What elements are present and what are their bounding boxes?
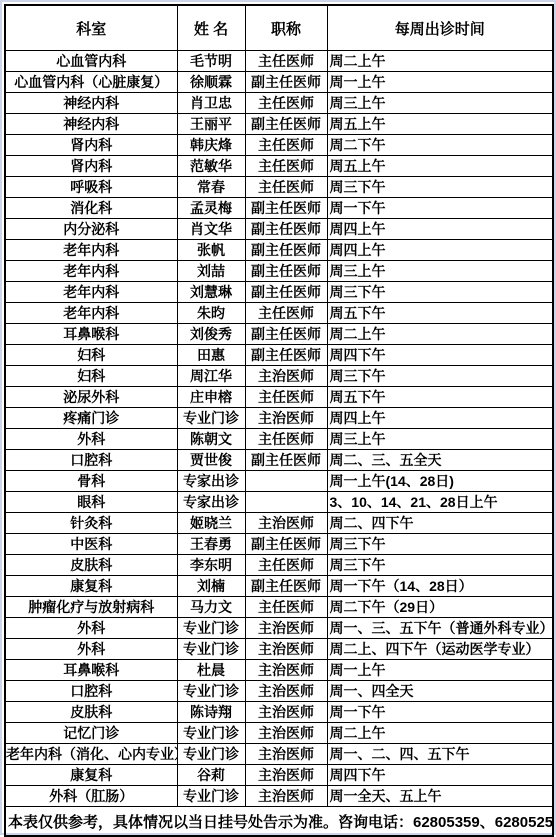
cell-title: 副主任医师: [245, 261, 327, 282]
cell-title: 主任医师: [245, 597, 327, 618]
cell-time: 周四上午: [327, 240, 553, 261]
cell-dept: 神经内科: [5, 114, 177, 135]
table-row: 老年内科刘喆副主任医师周三上午: [5, 261, 553, 282]
cell-title: 副主任医师: [245, 534, 327, 555]
cell-name: 陈诗翔: [177, 702, 245, 723]
table-row: 神经内科肖卫忠主任医师周三上午: [5, 93, 553, 114]
cell-title: 主治医师: [245, 702, 327, 723]
cell-name: 专业门诊: [177, 408, 245, 429]
header-cell-time: 每周出诊时间: [327, 5, 553, 51]
table-row: 疼痛门诊专业门诊主治医师周四上午: [5, 408, 553, 429]
cell-dept: 耳鼻喉科: [5, 660, 177, 681]
cell-dept: 口腔科: [5, 450, 177, 471]
cell-time: 周二上午: [327, 324, 553, 345]
cell-dept: 眼科: [5, 492, 177, 513]
cell-time: 周三下午: [327, 282, 553, 303]
table-row: 眼科专家出诊3、10、14、21、28日上午: [5, 492, 553, 513]
cell-dept: 疼痛门诊: [5, 408, 177, 429]
cell-dept: 内分泌科: [5, 219, 177, 240]
table-row: 心血管内科（心脏康复）徐顺霖副主任医师周一上午: [5, 72, 553, 93]
cell-time: 周一下午: [327, 702, 553, 723]
table-row: 肿瘤化疗与放射病科马力文主任医师周二下午（29日）: [5, 597, 553, 618]
cell-name: 专业门诊: [177, 786, 245, 807]
cell-name: 马力文: [177, 597, 245, 618]
cell-dept: 康复科: [5, 576, 177, 597]
cell-dept: 皮肤科: [5, 555, 177, 576]
cell-title: 副主任医师: [245, 198, 327, 219]
table-row: 外科专业门诊主治医师周一、三、五下午（普通外科专业）: [5, 618, 553, 639]
cell-time: 周二、三、五全天: [327, 450, 553, 471]
cell-name: 韩庆烽: [177, 135, 245, 156]
table-row: 中医科王春勇副主任医师周三下午: [5, 534, 553, 555]
cell-name: 专业门诊: [177, 639, 245, 660]
cell-dept: 外科: [5, 429, 177, 450]
table-row: 神经内科王丽平副主任医师周五上午: [5, 114, 553, 135]
cell-dept: 老年内科: [5, 261, 177, 282]
cell-time: 周四上午: [327, 219, 553, 240]
cell-name: 肖文华: [177, 219, 245, 240]
cell-time: 周三下午: [327, 534, 553, 555]
cell-time: 周二上午: [327, 723, 553, 744]
cell-title: 主治医师: [245, 786, 327, 807]
cell-dept: 妇科: [5, 366, 177, 387]
cell-name: 王丽平: [177, 114, 245, 135]
cell-title: 主任医师: [245, 51, 327, 72]
cell-name: 孟灵梅: [177, 198, 245, 219]
cell-name: 刘喆: [177, 261, 245, 282]
cell-name: 姬晓兰: [177, 513, 245, 534]
table-row: 老年内科张帆副主任医师周四上午: [5, 240, 553, 261]
cell-time: 周二、四下午: [327, 513, 553, 534]
cell-title: 副主任医师: [245, 576, 327, 597]
table-row: 妇科周江华主治医师周三下午: [5, 366, 553, 387]
cell-name: 谷莉: [177, 765, 245, 786]
cell-title: 副主任医师: [245, 450, 327, 471]
cell-title: 副主任医师: [245, 324, 327, 345]
cell-time: 周三下午: [327, 366, 553, 387]
cell-dept: 泌尿外科: [5, 387, 177, 408]
table-row: 外科陈朝文主任医师周三上午: [5, 429, 553, 450]
cell-name: 周江华: [177, 366, 245, 387]
cell-time: 周五上午: [327, 156, 553, 177]
cell-title: 副主任医师: [245, 219, 327, 240]
cell-time: 周一、二、四、五下午: [327, 744, 553, 765]
cell-title: 主任医师: [245, 93, 327, 114]
cell-dept: 外科: [5, 639, 177, 660]
cell-dept: 肿瘤化疗与放射病科: [5, 597, 177, 618]
cell-dept: 口腔科: [5, 681, 177, 702]
cell-dept: 老年内科: [5, 240, 177, 261]
cell-time: 周五上午: [327, 114, 553, 135]
cell-dept: 皮肤科: [5, 702, 177, 723]
cell-title: 主任医师: [245, 555, 327, 576]
cell-title: 副主任医师: [245, 240, 327, 261]
table-row: 肾内科范敏华主任医师周五上午: [5, 156, 553, 177]
cell-dept: 肾内科: [5, 135, 177, 156]
cell-dept: 耳鼻喉科: [5, 324, 177, 345]
cell-title: 主治医师: [245, 723, 327, 744]
table-header-row: 科室 姓 名 职称 每周出诊时间: [5, 5, 553, 51]
table-row: 内分泌科肖文华副主任医师周四上午: [5, 219, 553, 240]
cell-time: 周四下午: [327, 765, 553, 786]
cell-title: 主治医师: [245, 513, 327, 534]
cell-dept: 消化科: [5, 198, 177, 219]
cell-time: 周三上午: [327, 93, 553, 114]
cell-title: 主治医师: [245, 408, 327, 429]
table-row: 耳鼻喉科杜晨主治医师周一上午: [5, 660, 553, 681]
cell-title: 主任医师: [245, 135, 327, 156]
cell-name: 张帆: [177, 240, 245, 261]
cell-time: 周四下午: [327, 345, 553, 366]
cell-title: [245, 492, 327, 513]
table-row: 消化科孟灵梅副主任医师周一下午: [5, 198, 553, 219]
cell-time: 周三下午: [327, 555, 553, 576]
cell-dept: 肾内科: [5, 156, 177, 177]
table-row: 康复科谷莉主治医师周四下午: [5, 765, 553, 786]
cell-name: 王春勇: [177, 534, 245, 555]
cell-dept: 外科（肛肠）: [5, 786, 177, 807]
cell-dept: 呼吸科: [5, 177, 177, 198]
cell-name: 李东明: [177, 555, 245, 576]
cell-time: 周一全天、五上午: [327, 786, 553, 807]
cell-title: 主治医师: [245, 366, 327, 387]
cell-name: 田惠: [177, 345, 245, 366]
table-row: 针灸科姬晓兰主治医师周二、四下午: [5, 513, 553, 534]
header-cell-title: 职称: [245, 5, 327, 51]
cell-dept: 老年内科（消化、心内专业）: [5, 744, 177, 765]
cell-time: 周二上午: [327, 51, 553, 72]
cell-time: 周三上午: [327, 261, 553, 282]
table-row: 老年内科（消化、心内专业）专业门诊主治医师周一、二、四、五下午: [5, 744, 553, 765]
cell-title: 副主任医师: [245, 345, 327, 366]
cell-title: 主治医师: [245, 765, 327, 786]
table-row: 泌尿外科庄申榕主任医师周五下午: [5, 387, 553, 408]
cell-title: 副主任医师: [245, 114, 327, 135]
cell-dept: 针灸科: [5, 513, 177, 534]
cell-title: 副主任医师: [245, 72, 327, 93]
cell-time: 周一、四全天: [327, 681, 553, 702]
table-row: 记忆门诊专业门诊主治医师周二上午: [5, 723, 553, 744]
schedule-table: 科室 姓 名 职称 每周出诊时间 心血管内科毛节明主任医师周二上午心血管内科（心…: [4, 4, 554, 837]
cell-dept: 老年内科: [5, 303, 177, 324]
table-row: 皮肤科陈诗翔主治医师周一下午: [5, 702, 553, 723]
cell-title: 主治医师: [245, 744, 327, 765]
cell-name: 肖卫忠: [177, 93, 245, 114]
cell-dept: 中医科: [5, 534, 177, 555]
table-row: 口腔科贾世俊副主任医师周二、三、五全天: [5, 450, 553, 471]
cell-title: 副主任医师: [245, 282, 327, 303]
cell-time: 周三上午: [327, 429, 553, 450]
cell-dept: 康复科: [5, 765, 177, 786]
cell-time: 周二上、四下午（运动医学专业）: [327, 639, 553, 660]
cell-time: 周一下午（14、28日）: [327, 576, 553, 597]
cell-name: 专业门诊: [177, 723, 245, 744]
cell-time: 周五下午: [327, 387, 553, 408]
cell-dept: 心血管内科（心脏康复）: [5, 72, 177, 93]
footer-note: 本表仅供参考，具体情况以当日挂号处告示为准。咨询电话：62805359、6280…: [5, 807, 553, 837]
cell-name: 专业门诊: [177, 618, 245, 639]
cell-name: 刘俊秀: [177, 324, 245, 345]
cell-time: 周二下午: [327, 135, 553, 156]
cell-name: 陈朝文: [177, 429, 245, 450]
cell-title: 主治医师: [245, 681, 327, 702]
cell-name: 庄申榕: [177, 387, 245, 408]
table-row: 妇科田惠副主任医师周四下午: [5, 345, 553, 366]
cell-name: 范敏华: [177, 156, 245, 177]
table-row: 骨科专家出诊周一上午(14、28日): [5, 471, 553, 492]
cell-time: 周一、三、五下午（普通外科专业）: [327, 618, 553, 639]
cell-time: 周三下午: [327, 177, 553, 198]
cell-dept: 神经内科: [5, 93, 177, 114]
table-row: 心血管内科毛节明主任医师周二上午: [5, 51, 553, 72]
cell-dept: 妇科: [5, 345, 177, 366]
cell-name: 朱昀: [177, 303, 245, 324]
cell-name: 专家出诊: [177, 471, 245, 492]
footer-row: 本表仅供参考，具体情况以当日挂号处告示为准。咨询电话：62805359、6280…: [5, 807, 553, 837]
cell-title: 主治医师: [245, 639, 327, 660]
header-cell-dept: 科室: [5, 5, 177, 51]
cell-title: 主治医师: [245, 660, 327, 681]
cell-time: 周五下午: [327, 303, 553, 324]
cell-dept: 外科: [5, 618, 177, 639]
cell-title: 主任医师: [245, 303, 327, 324]
table-row: 呼吸科常春主任医师周三下午: [5, 177, 553, 198]
cell-title: 主任医师: [245, 177, 327, 198]
cell-name: 毛节明: [177, 51, 245, 72]
cell-time: 周一上午(14、28日): [327, 471, 553, 492]
cell-name: 专业门诊: [177, 744, 245, 765]
cell-name: 专业门诊: [177, 681, 245, 702]
cell-name: 刘楠: [177, 576, 245, 597]
cell-name: 常春: [177, 177, 245, 198]
table-row: 老年内科刘慧琳副主任医师周三下午: [5, 282, 553, 303]
cell-name: 刘慧琳: [177, 282, 245, 303]
header-cell-name: 姓 名: [177, 5, 245, 51]
cell-time: 3、10、14、21、28日上午: [327, 492, 553, 513]
cell-time: 周二下午（29日）: [327, 597, 553, 618]
cell-time: 周一下午: [327, 198, 553, 219]
cell-dept: 老年内科: [5, 282, 177, 303]
table-row: 口腔科专业门诊主治医师周一、四全天: [5, 681, 553, 702]
cell-name: 贾世俊: [177, 450, 245, 471]
cell-name: 专家出诊: [177, 492, 245, 513]
cell-title: 主治医师: [245, 618, 327, 639]
cell-dept: 心血管内科: [5, 51, 177, 72]
cell-title: 主任医师: [245, 387, 327, 408]
cell-name: 杜晨: [177, 660, 245, 681]
table-row: 外科专业门诊主治医师周二上、四下午（运动医学专业）: [5, 639, 553, 660]
cell-time: 周一上午: [327, 660, 553, 681]
cell-time: 周四上午: [327, 408, 553, 429]
table-row: 皮肤科李东明主任医师周三下午: [5, 555, 553, 576]
cell-dept: 骨科: [5, 471, 177, 492]
table-row: 老年内科朱昀主任医师周五下午: [5, 303, 553, 324]
table-row: 康复科刘楠副主任医师周一下午（14、28日）: [5, 576, 553, 597]
table-row: 外科（肛肠）专业门诊主治医师周一全天、五上午: [5, 786, 553, 807]
cell-title: [245, 471, 327, 492]
cell-title: 主任医师: [245, 429, 327, 450]
table-row: 肾内科韩庆烽主任医师周二下午: [5, 135, 553, 156]
cell-name: 徐顺霖: [177, 72, 245, 93]
cell-dept: 记忆门诊: [5, 723, 177, 744]
cell-title: 主任医师: [245, 156, 327, 177]
cell-time: 周一上午: [327, 72, 553, 93]
table-row: 耳鼻喉科刘俊秀副主任医师周二上午: [5, 324, 553, 345]
table-body: 心血管内科毛节明主任医师周二上午心血管内科（心脏康复）徐顺霖副主任医师周一上午神…: [5, 51, 553, 807]
